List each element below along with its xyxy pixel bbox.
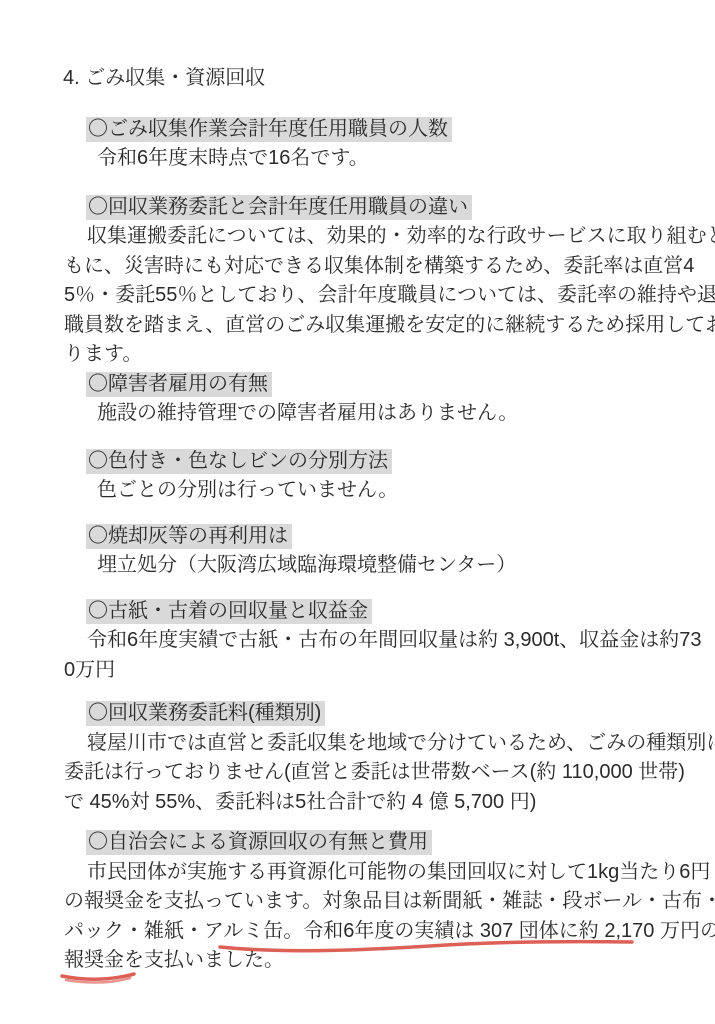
red-underline-hoshokin-echo (66, 978, 130, 982)
body-line: の報奨金を支払っています。対象品目は新聞紙・雑誌・段ボール・古布・牛乳 (64, 887, 715, 917)
section-heading: 〇ごみ収集作業会計年度任用職員の人数 (86, 117, 452, 142)
section-heading-row: 〇焼却灰等の再利用は (86, 522, 715, 552)
section-5: 〇焼却灰等の再利用は埋立処分（大阪湾広域臨海環境整備センター） (63, 522, 715, 581)
body-line: 収集運搬委託については、効果的・効率的な行政サービスに取り組むとと (64, 222, 715, 252)
body-line: 令和6年度末時点で16名です。 (97, 144, 715, 174)
document-page: { "page": { "background": "#ffffff", "te… (0, 0, 715, 1024)
section-heading-row: 〇色付き・色なしビンの分別方法 (86, 447, 715, 477)
body-line: 委託は行っておりません(直営と委託は世帯数ベース(約 110,000 世帯) (64, 758, 715, 788)
section-heading: 〇自治会による資源回収の有無と費用 (86, 830, 432, 855)
section-7: 〇回収業務委託料(種類別)寝屋川市では直営と委託収集を地域で分けているため、ごみ… (63, 699, 715, 817)
body-line: 職員数を踏まえ、直営のごみ収集運搬を安定的に継続するため採用してお (64, 311, 715, 341)
body-line: で 45%対 55%、委託料は5社合計で約 4 億 5,700 円) (64, 788, 715, 818)
section-heading: 〇色付き・色なしビンの分別方法 (86, 449, 392, 474)
sections: 〇ごみ収集作業会計年度任用職員の人数令和6年度末時点で16名です。〇回収業務委託… (63, 115, 715, 976)
body-line: 色ごとの分別は行っていません。 (97, 476, 715, 506)
body-line: もに、災害時にも対応できる収集体制を構築するため、委託率は直営4 (64, 252, 715, 282)
body-line: 寝屋川市では直営と委託収集を地域で分けているため、ごみの種類別に (64, 729, 715, 759)
body-line: 報奨金を支払いました。 (64, 946, 715, 976)
section-heading-row: 〇回収業務委託料(種類別) (86, 699, 715, 729)
section-3: 〇障害者雇用の有無施設の維持管理での障害者雇用はありません。 (63, 370, 715, 429)
body-line: 5％・委託55％としており、会計年度職員については、委託率の維持や退職 (64, 281, 715, 311)
body-line: 令和6年度実績で古紙・古布の年間回収量は約 3,900t、収益金は約73 (64, 626, 715, 656)
page: 4. ごみ収集・資源回収 〇ごみ収集作業会計年度任用職員の人数令和6年度末時点で… (0, 0, 715, 976)
section-2: 〇回収業務委託と会計年度任用職員の違い収集運搬委託については、効果的・効率的な行… (63, 193, 715, 370)
page-title: 4. ごみ収集・資源回収 (63, 64, 715, 94)
body-line: 施設の維持管理での障害者雇用はありません。 (97, 399, 715, 429)
section-6: 〇古紙・古着の回収量と収益金令和6年度実績で古紙・古布の年間回収量は約 3,90… (63, 597, 715, 686)
section-4: 〇色付き・色なしビンの分別方法色ごとの分別は行っていません。 (63, 447, 715, 506)
section-heading-row: 〇自治会による資源回収の有無と費用 (86, 828, 715, 858)
section-heading: 〇回収業務委託と会計年度任用職員の違い (86, 195, 472, 220)
section-heading: 〇古紙・古着の回収量と収益金 (86, 599, 372, 624)
section-8: 〇自治会による資源回収の有無と費用市民団体が実施する再資源化可能物の集団回収に対… (63, 828, 715, 976)
section-heading: 〇焼却灰等の再利用は (86, 524, 292, 549)
section-1: 〇ごみ収集作業会計年度任用職員の人数令和6年度末時点で16名です。 (63, 115, 715, 174)
body-line: 市民団体が実施する再資源化可能物の集団回収に対して1kg当たり6円 (64, 858, 715, 888)
body-line: パック・雑紙・アルミ缶。令和6年度の実績は 307 団体に約 2,170 万円の (64, 917, 715, 947)
section-heading-row: 〇回収業務委託と会計年度任用職員の違い (86, 193, 715, 223)
body-line: 埋立処分（大阪湾広域臨海環境整備センター） (97, 551, 715, 581)
section-heading-row: 〇ごみ収集作業会計年度任用職員の人数 (86, 115, 715, 145)
section-heading: 〇障害者雇用の有無 (86, 372, 272, 397)
section-heading-row: 〇障害者雇用の有無 (86, 370, 715, 400)
body-line: ります。 (64, 340, 715, 370)
section-heading-row: 〇古紙・古着の回収量と収益金 (86, 597, 715, 627)
body-line: 0万円 (64, 656, 715, 686)
section-heading: 〇回収業務委託料(種類別) (86, 701, 325, 726)
